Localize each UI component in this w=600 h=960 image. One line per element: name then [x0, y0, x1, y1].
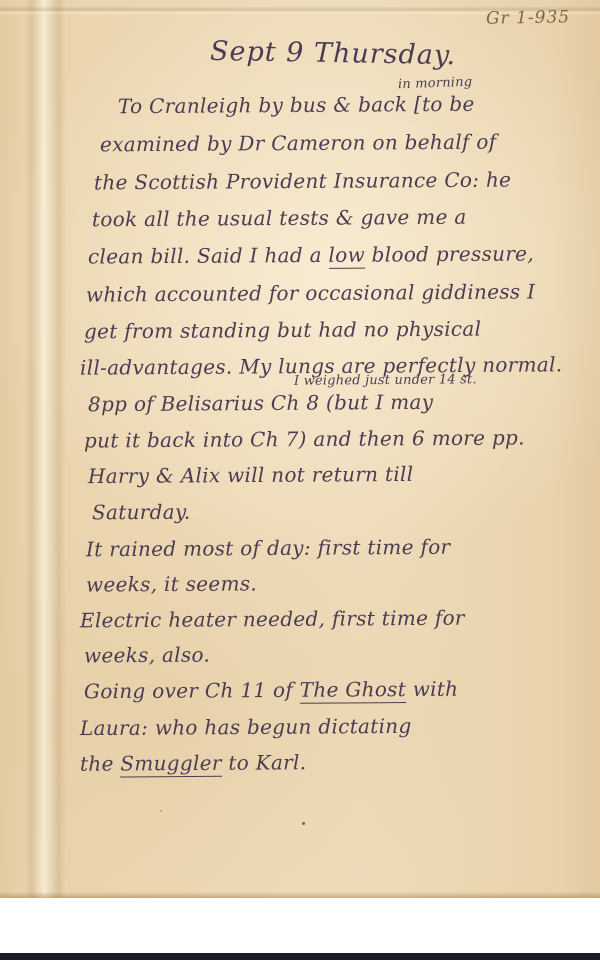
line-segment: It rained most of day: first time for [86, 535, 451, 562]
diary-line: took all the usual tests & gave me a [92, 205, 467, 232]
paper-fold-crease [24, 0, 66, 898]
line-segment: To Cranleigh by bus & back [to be [118, 92, 475, 118]
line-segment: examined by Dr Cameron on behalf of [100, 130, 497, 157]
line-segment: Harry & Alix will not return till [88, 462, 414, 488]
diary-line: Saturday. [92, 500, 191, 525]
underlined-segment: low [328, 243, 365, 269]
diary-line: put it back into Ch 7) and then 6 more p… [84, 425, 525, 452]
interlinear-note: I weighed just under 14 st. [294, 372, 477, 389]
line-segment: the [80, 752, 120, 776]
line-segment: Going over Ch 11 of [84, 678, 300, 704]
line-segment: which accounted for occasional giddiness… [86, 279, 535, 306]
line-segment: Electric heater needed, first time for [80, 606, 465, 633]
diary-line: 8pp of Belisarius Ch 8 (but I may [88, 390, 433, 416]
line-segment: put it back into Ch 7) and then 6 more p… [84, 425, 525, 452]
line-segment: to Karl. [222, 750, 307, 775]
diary-line: To Cranleigh by bus & back [to be [118, 92, 475, 118]
diary-line: It rained most of day: first time for [86, 535, 451, 562]
line-segment: Saturday. [92, 500, 191, 525]
line-segment: with [406, 677, 458, 701]
archive-corner-mark: Gr 1-935 [486, 7, 570, 28]
diary-line: Harry & Alix will not return till [88, 462, 414, 488]
underlined-segment: Smuggler [120, 751, 222, 778]
scan-bottom-strip [0, 953, 600, 960]
line-segment: the Scottish Provident Insurance Co: he [94, 168, 511, 195]
line-segment: get from standing but had no physical [84, 317, 481, 344]
paper-speck [160, 810, 162, 812]
diary-line: Electric heater needed, first time for [80, 606, 465, 633]
diary-line: the Scottish Provident Insurance Co: he [94, 168, 511, 195]
inserted-note: in morning [398, 75, 473, 93]
diary-line: clean bill. Said I had a low blood press… [88, 241, 534, 268]
scanner-backing [0, 898, 600, 960]
diary-line: examined by Dr Cameron on behalf of [100, 130, 497, 157]
diary-line: weeks, also. [84, 643, 210, 668]
line-segment: clean bill. Said I had a [88, 243, 329, 269]
entry-title: Sept 9 Thursday. [210, 36, 457, 71]
underlined-segment: The Ghost [300, 677, 407, 704]
line-segment: weeks, also. [84, 643, 210, 668]
line-segment: took all the usual tests & gave me a [92, 205, 467, 232]
line-segment: blood pressure, [365, 241, 534, 266]
line-segment: 8pp of Belisarius Ch 8 (but I may [88, 390, 433, 416]
diary-line: the Smuggler to Karl. [80, 750, 307, 776]
line-segment: Laura: who has begun dictating [80, 714, 412, 740]
diary-line: Laura: who has begun dictating [80, 714, 412, 740]
diary-line: get from standing but had no physical [84, 317, 481, 344]
diary-line: weeks, it seems. [86, 571, 257, 596]
diary-line: Going over Ch 11 of The Ghost with [84, 677, 458, 704]
line-segment: weeks, it seems. [86, 571, 257, 596]
diary-line: which accounted for occasional giddiness… [86, 279, 535, 306]
diary-page-scan: Gr 1-935 Sept 9 Thursday. in morning To … [0, 0, 600, 898]
paper-speck [302, 822, 305, 825]
